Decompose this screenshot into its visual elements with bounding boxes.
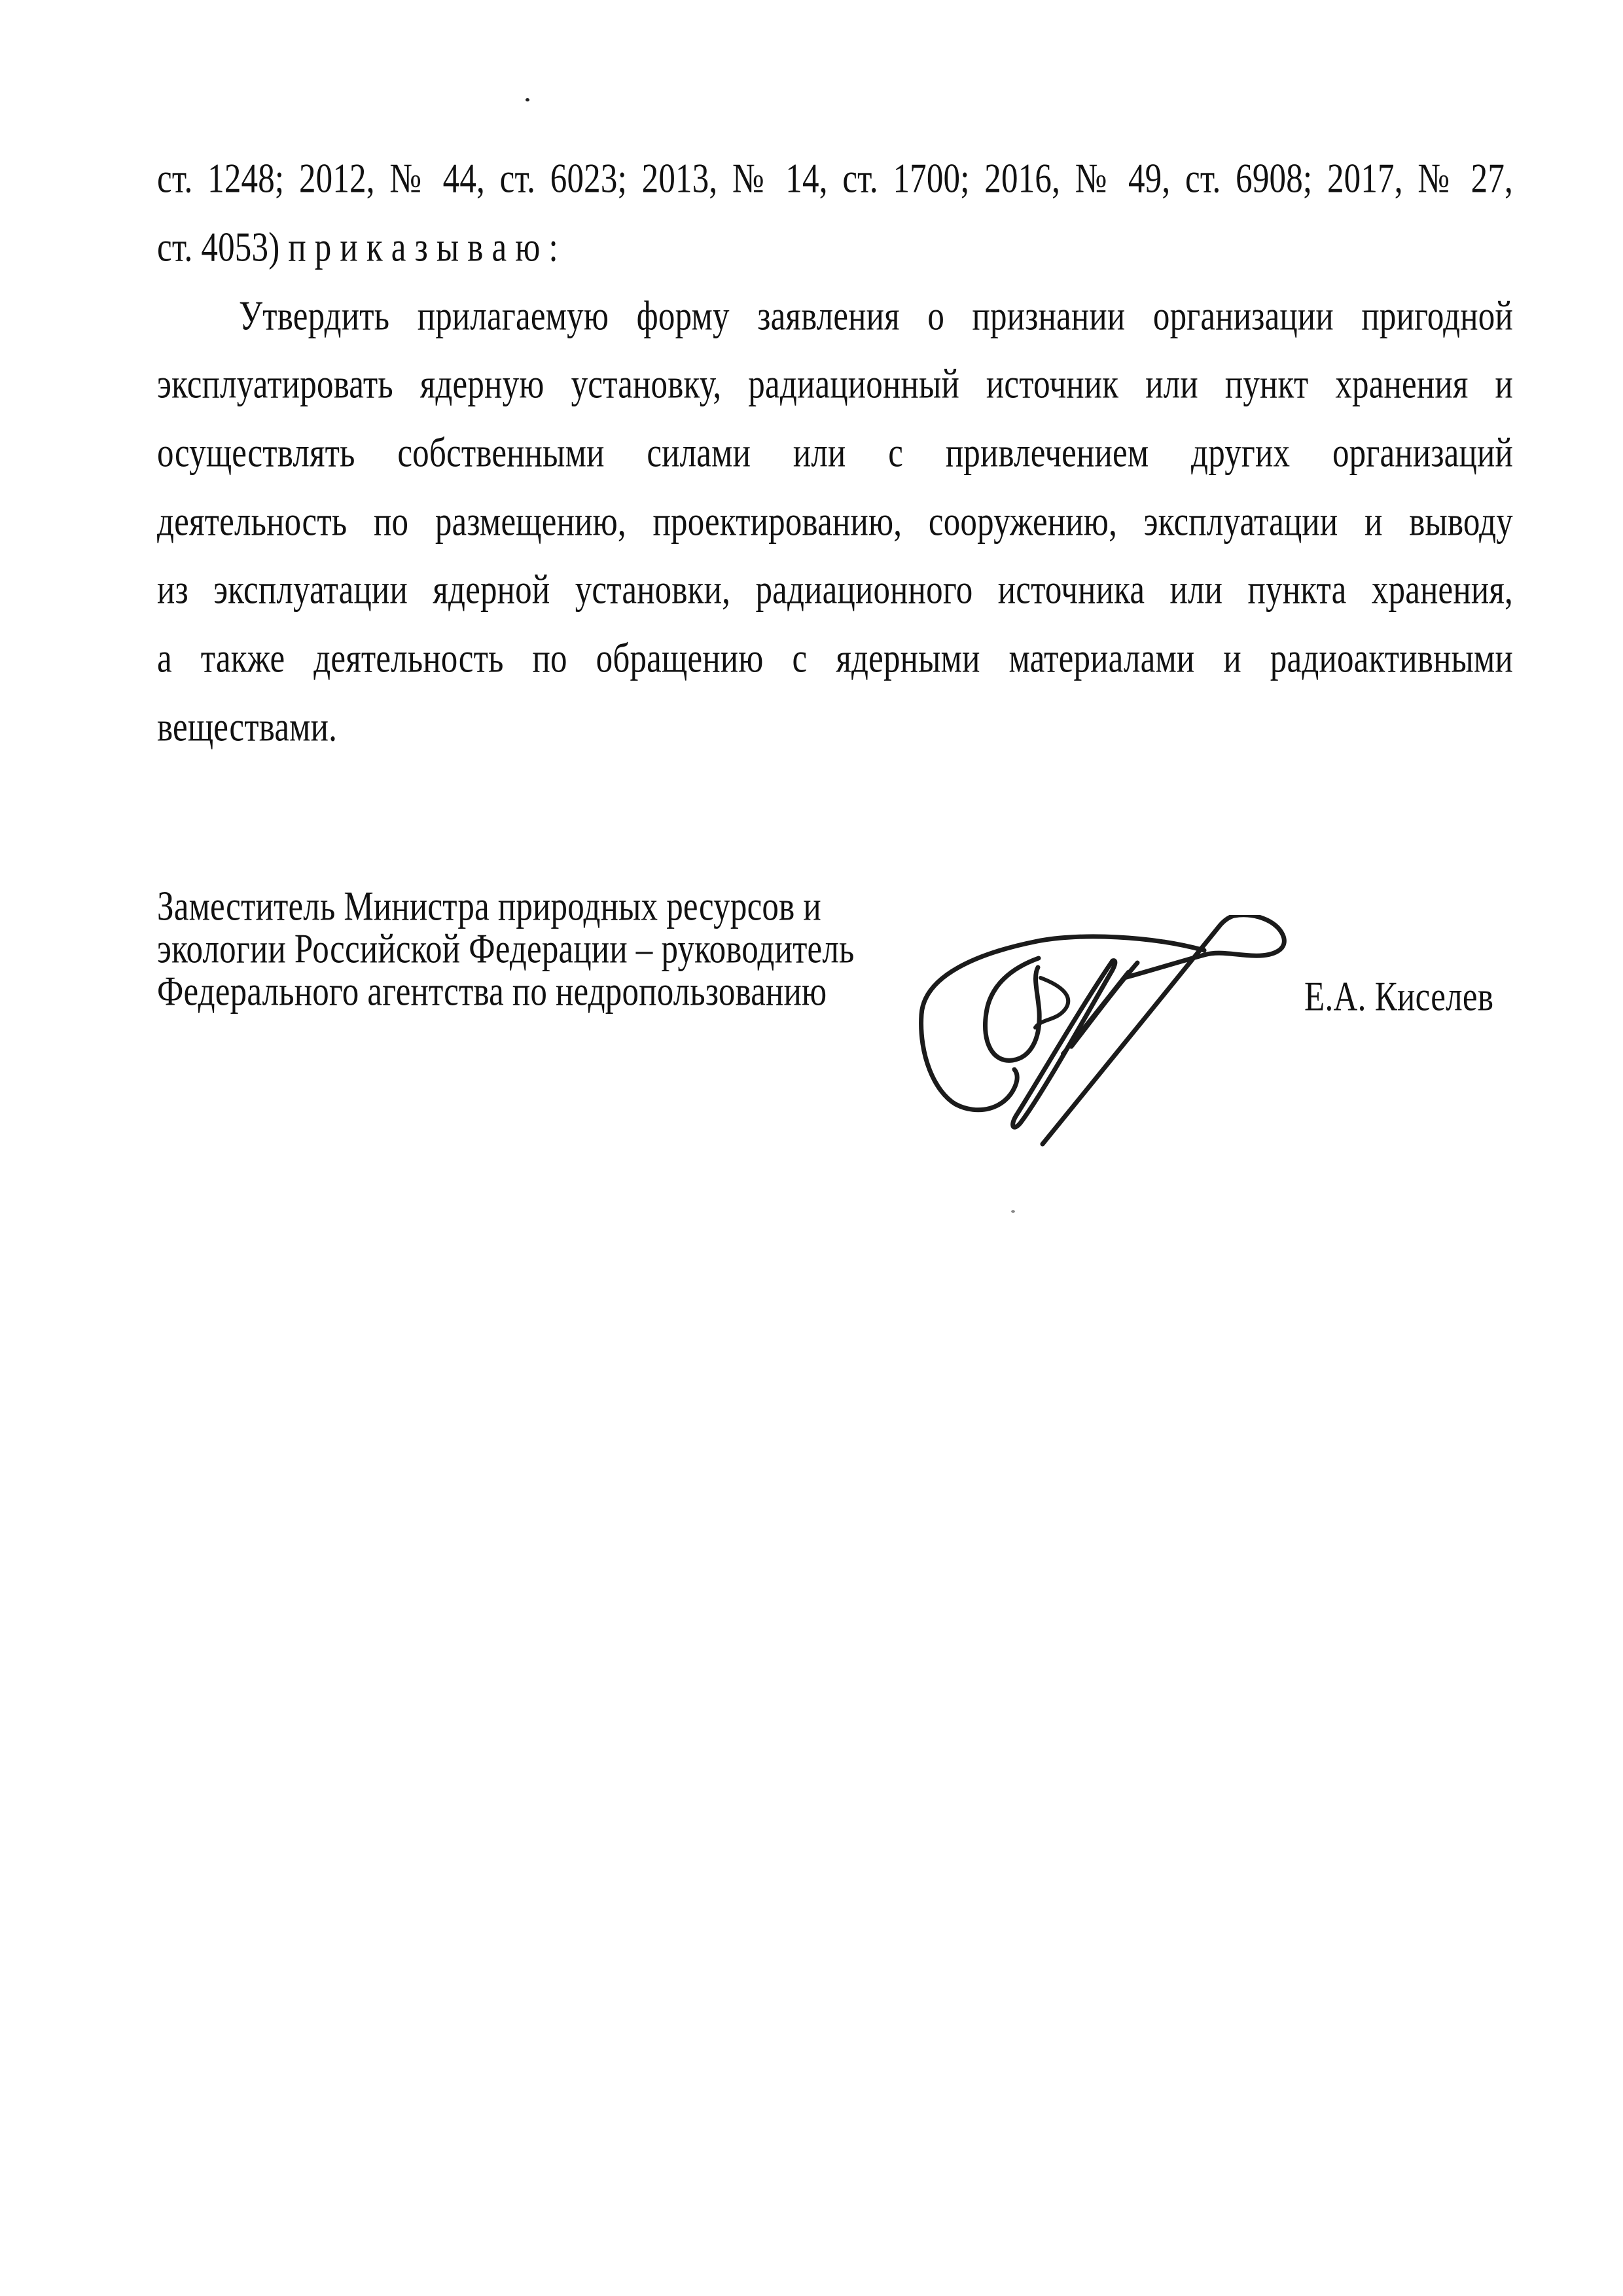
signer-name: Е.А. Киселев — [1304, 977, 1493, 1018]
body-line: осуществлять собственными силами или с п… — [157, 433, 1513, 475]
document-page: ст. 1248; 2012, № 44, ст. 6023; 2013, № … — [0, 0, 1623, 2296]
body-line: а также деятельность по обращению с ядер… — [157, 638, 1513, 680]
body-line: эксплуатировать ядерную установку, радиа… — [157, 364, 1513, 406]
body-line: деятельность по размещению, проектирован… — [157, 501, 1513, 543]
scan-speck — [1011, 1210, 1015, 1213]
body-line: из эксплуатации ядерной установки, радиа… — [157, 569, 1513, 611]
body-line: ст. 1248; 2012, № 44, ст. 6023; 2013, № … — [157, 158, 1513, 200]
scan-speck — [526, 98, 529, 101]
body-line: Утвердить прилагаемую форму заявления о … — [157, 296, 1513, 338]
body-line: ст. 4053) п р и к а з ы в а ю : — [157, 227, 1513, 269]
body-line: веществами. — [157, 707, 1513, 749]
handwritten-signature-icon — [916, 915, 1293, 1152]
